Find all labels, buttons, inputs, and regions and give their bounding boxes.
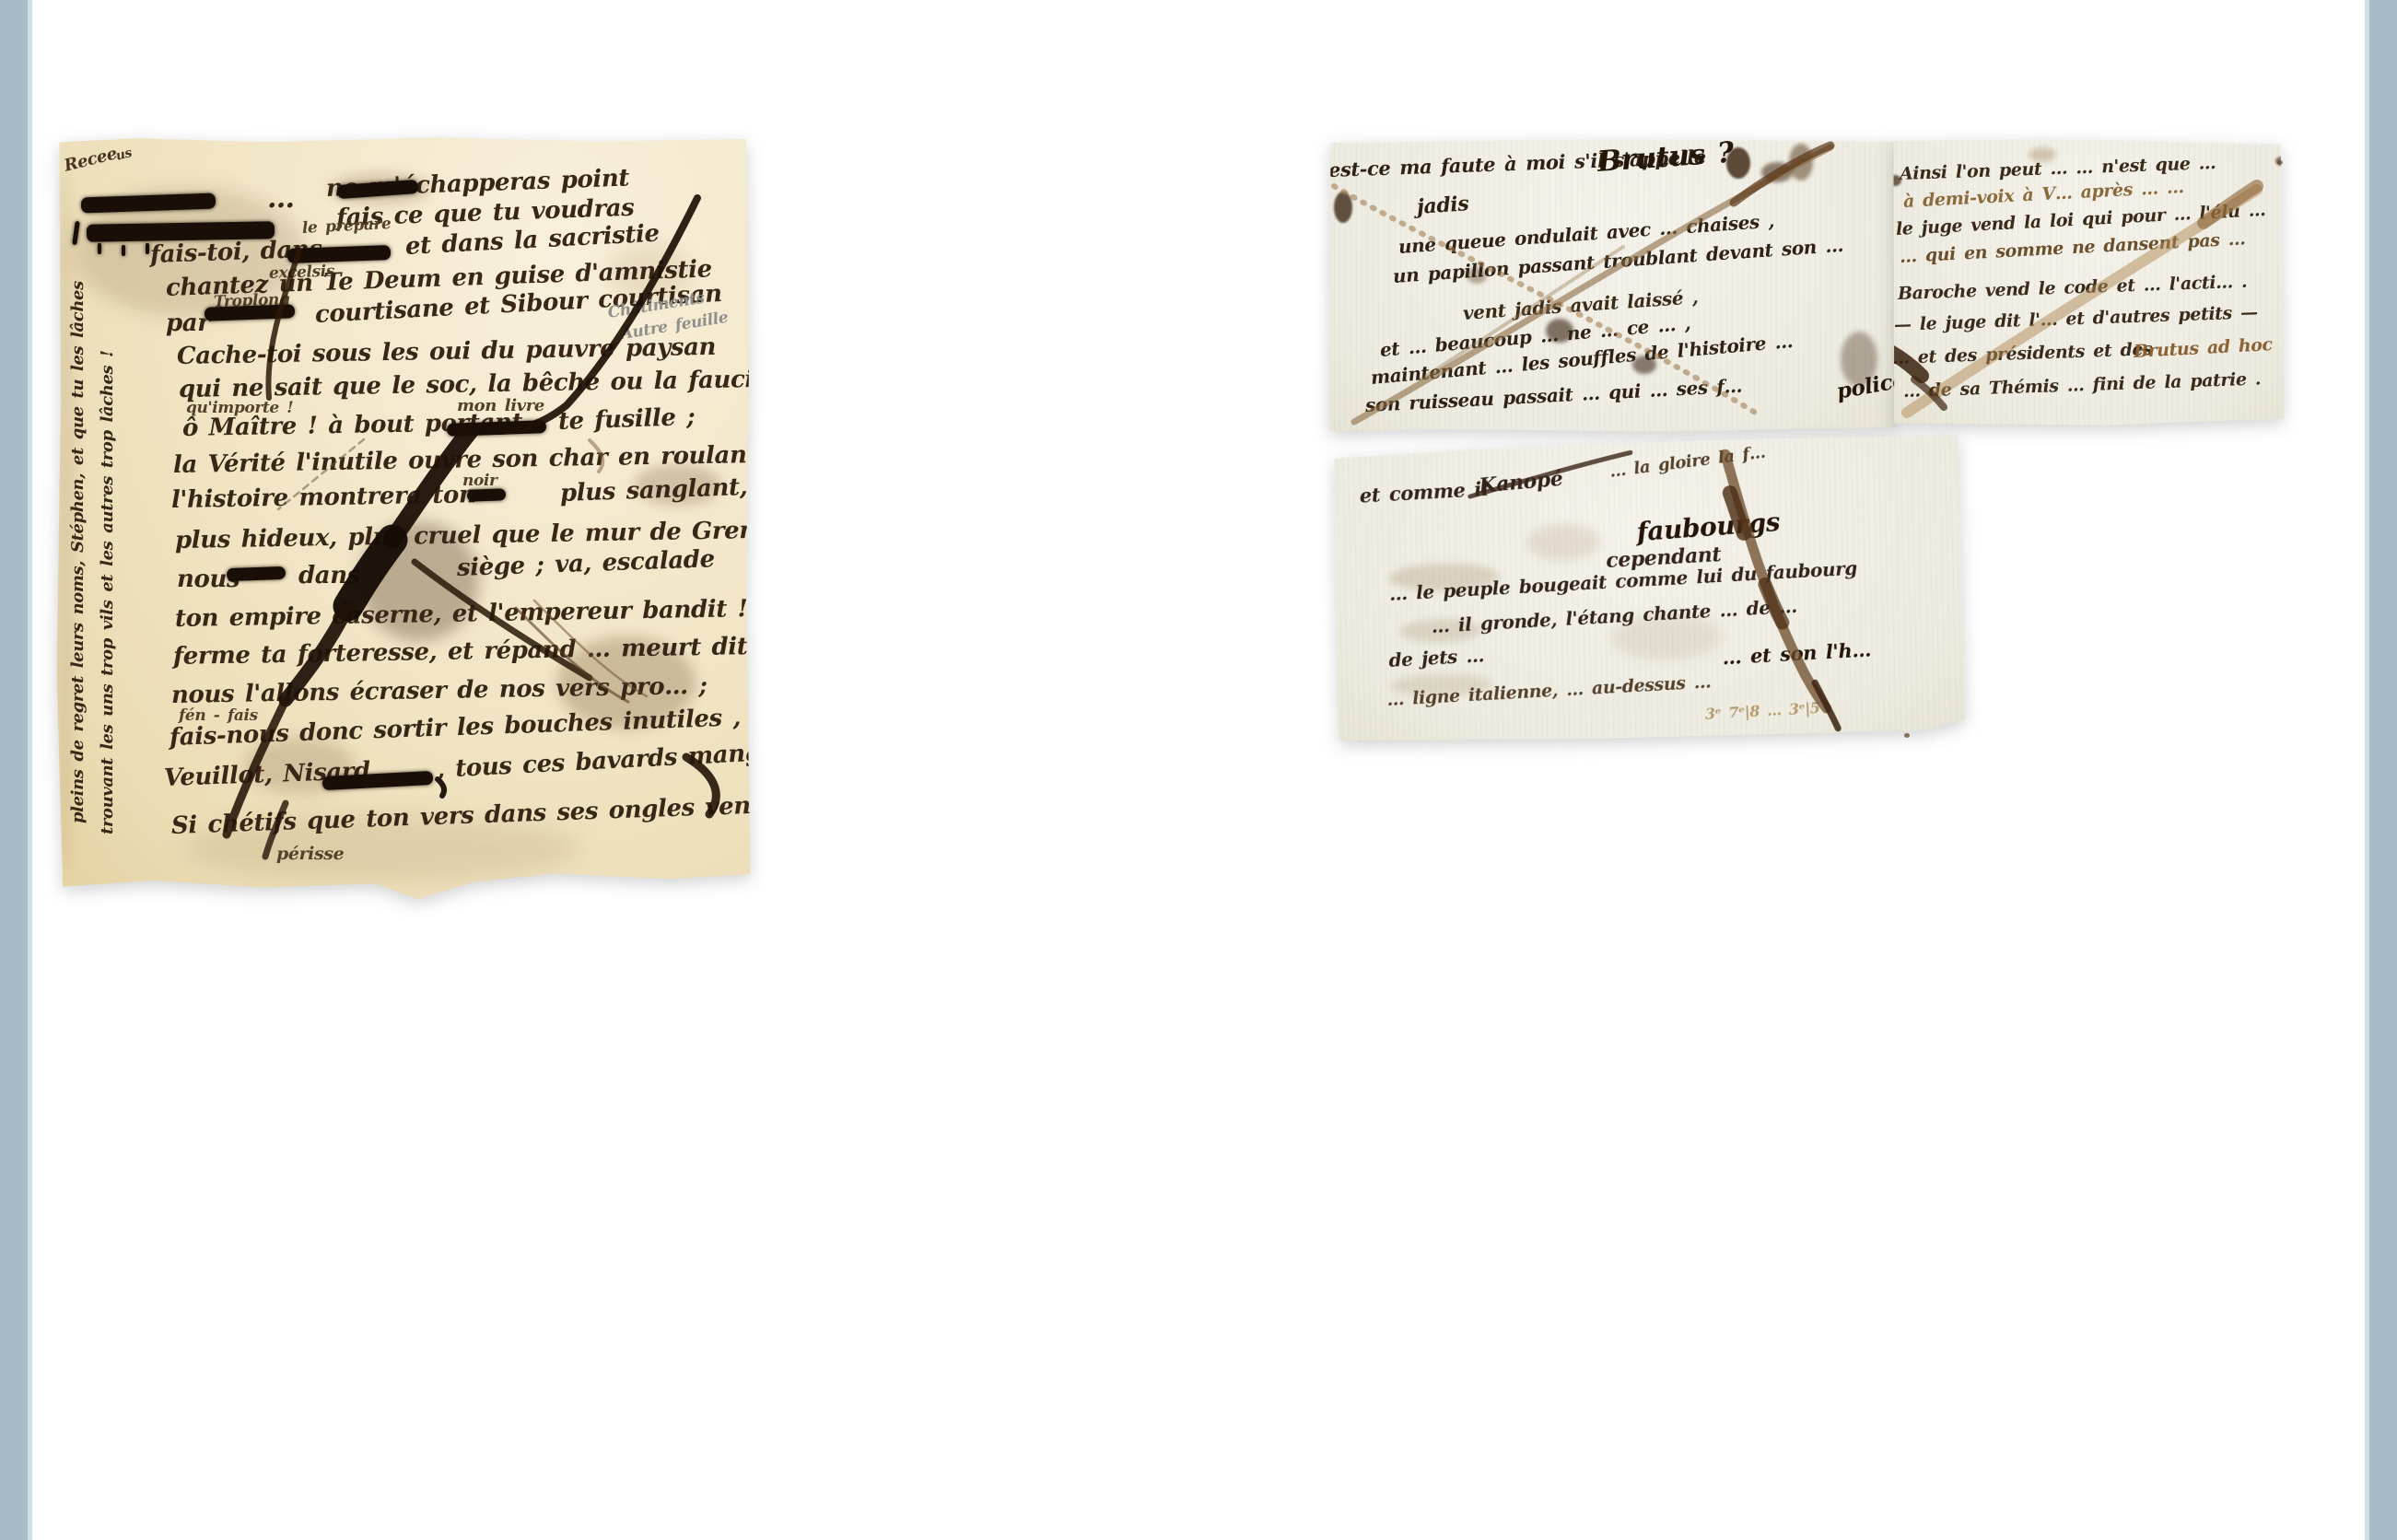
ink-speck <box>2277 160 2283 165</box>
ink-strokes <box>1328 138 1898 433</box>
left-manuscript-paper: Receeus…ne m'échapperas pointfais ce que… <box>55 134 752 904</box>
ink-strokes <box>1890 138 2285 427</box>
left-manuscript-photo: Receeus…ne m'échapperas pointfais ce que… <box>55 134 752 904</box>
right-manuscript-fragment-top-left: est-ce ma faute à moi s'il s'appelleBrut… <box>1328 138 1898 433</box>
ink-speck <box>1904 733 1910 738</box>
right-blue-rail <box>2369 0 2397 1540</box>
fragment-paper: Ainsi l'on peut … … n'est que …à demi-vo… <box>1890 138 2285 427</box>
right-blue-rail-edge <box>2365 0 2369 1540</box>
fragment-paper: et comme ilKanopé… la gloire la f…faubou… <box>1331 433 1968 746</box>
catalog-plate-background: Receeus…ne m'échapperas pointfais ce que… <box>0 0 2397 1540</box>
right-manuscript-fragment-top-right: Ainsi l'on peut … … n'est que …à demi-vo… <box>1890 138 2285 427</box>
ink-strokes <box>55 134 752 904</box>
right-manuscript-fragment-bottom: et comme ilKanopé… la gloire la f…faubou… <box>1331 433 1968 746</box>
left-blue-rail-edge <box>28 0 32 1540</box>
fragment-paper: est-ce ma faute à moi s'il s'appelleBrut… <box>1328 138 1898 433</box>
left-blue-rail <box>0 0 28 1540</box>
ink-strokes <box>1331 433 1968 746</box>
